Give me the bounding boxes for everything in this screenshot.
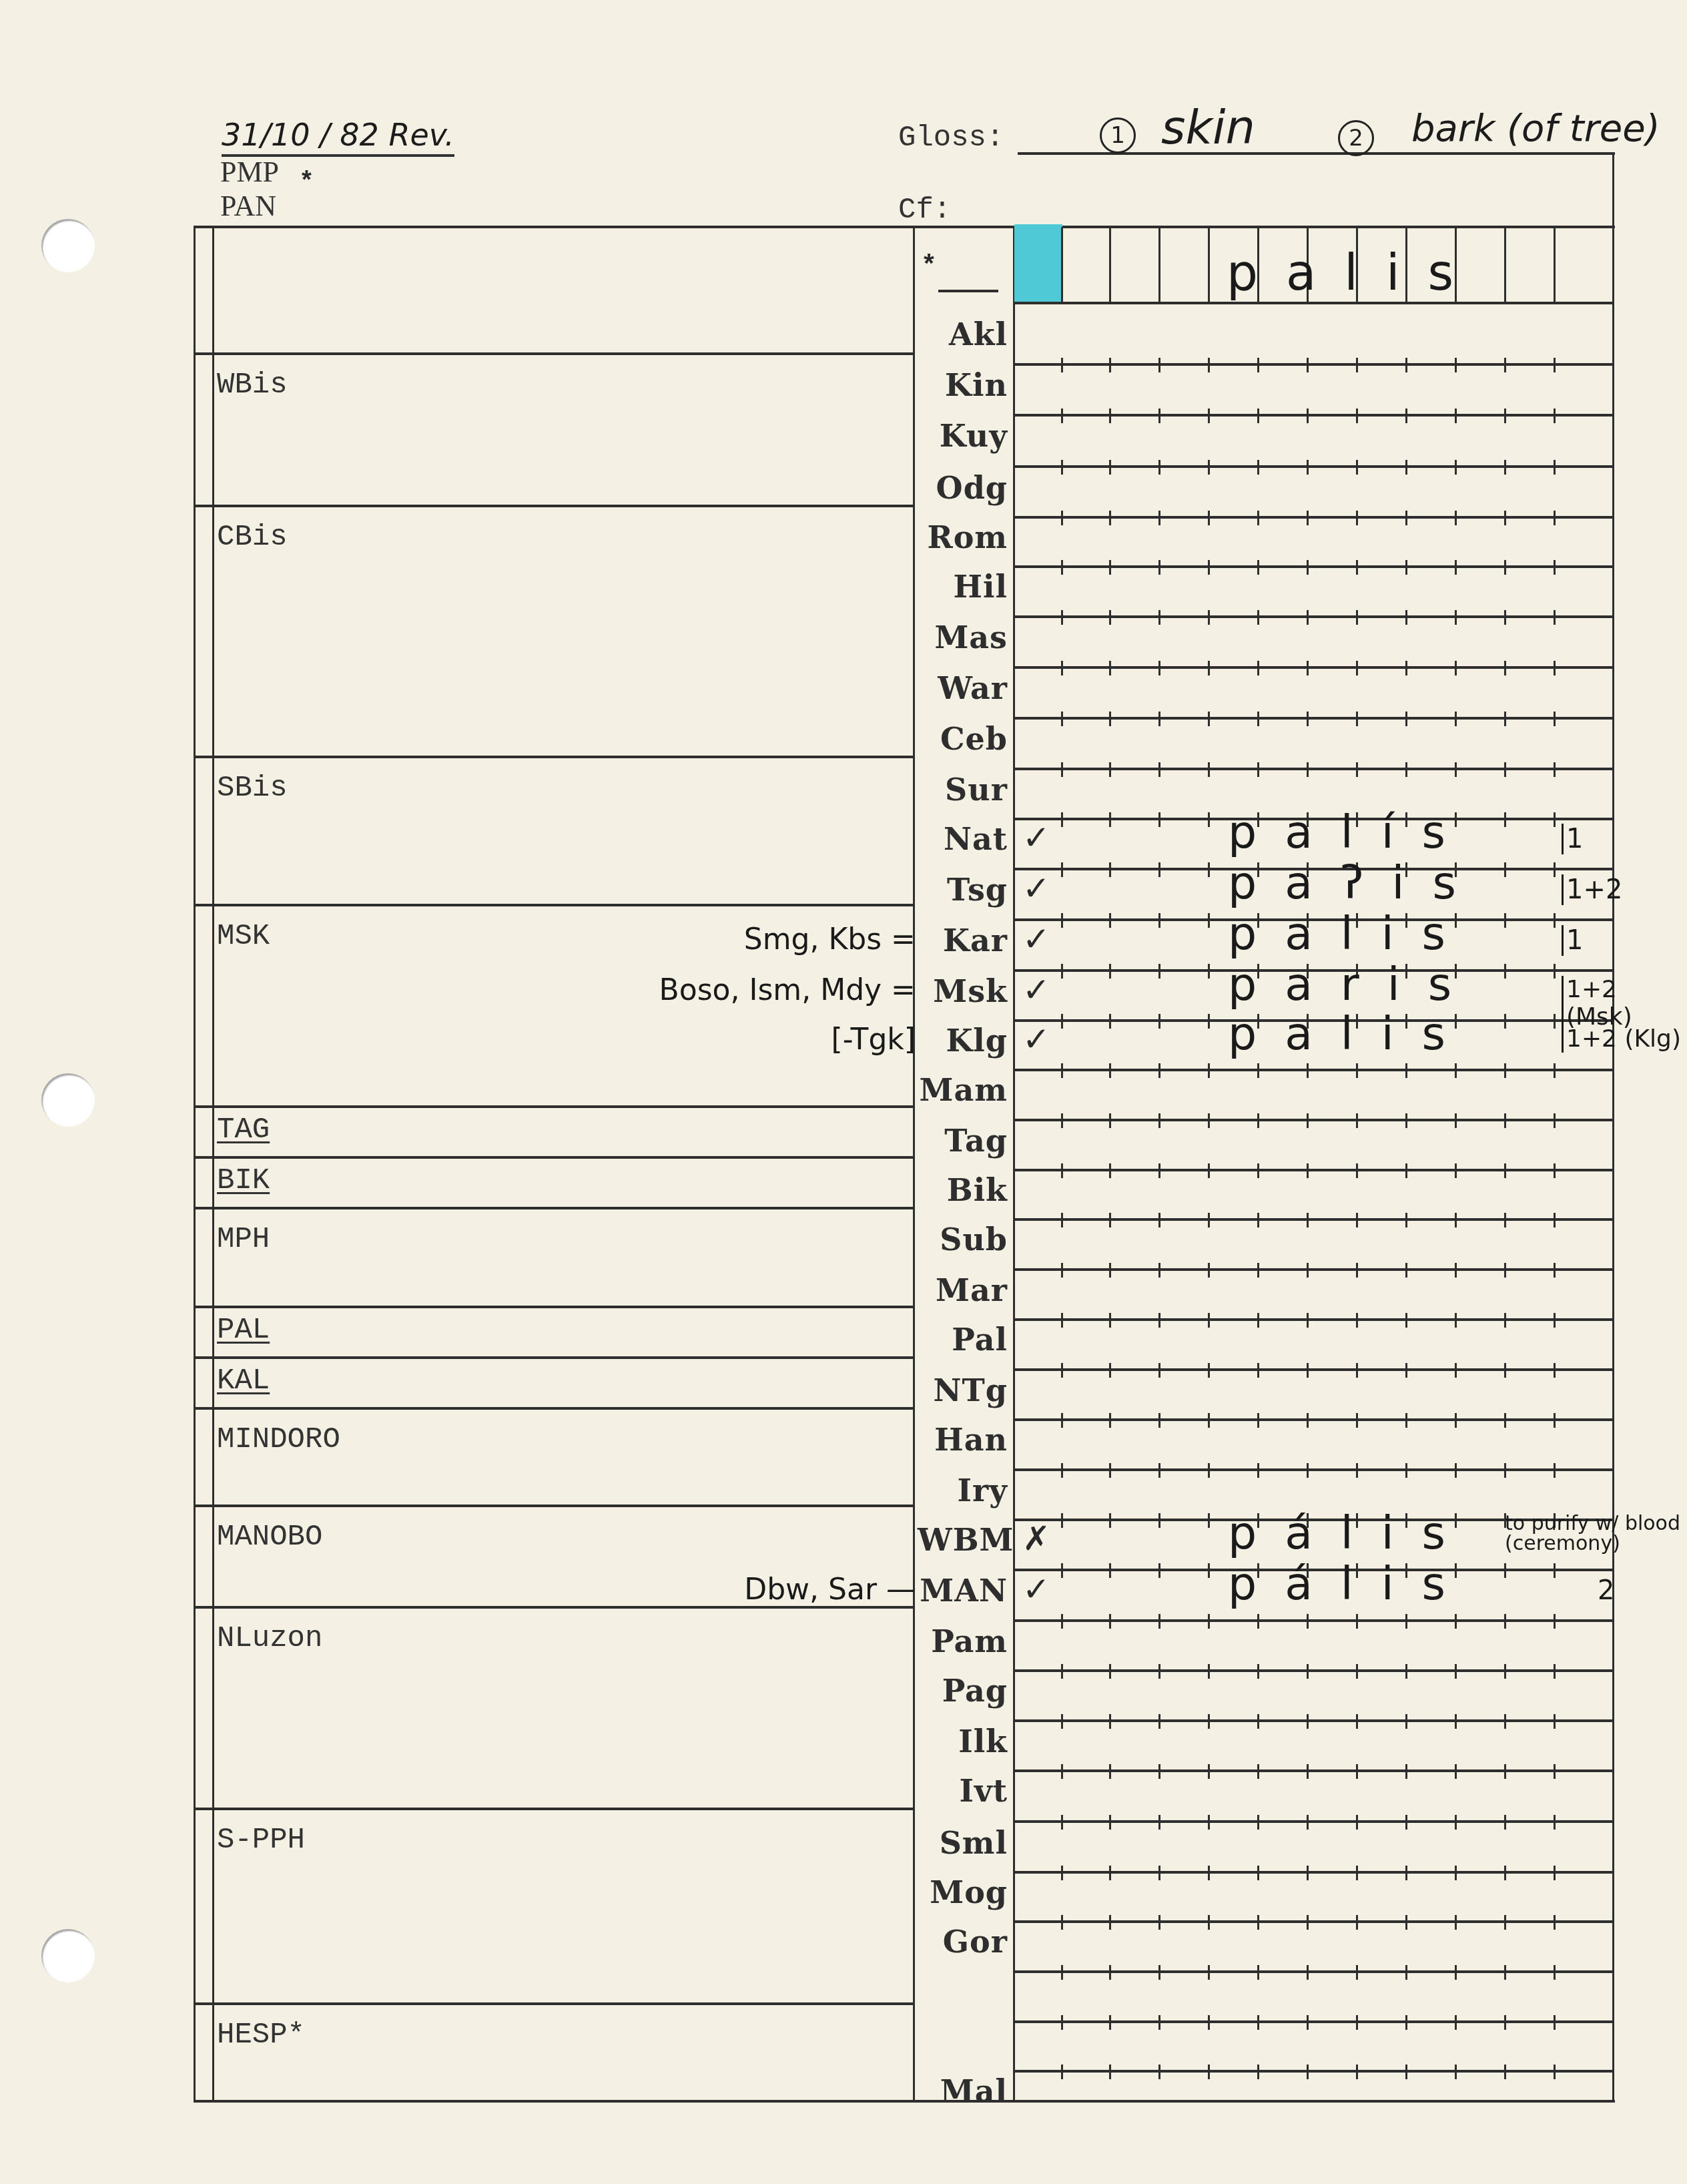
cross-reference-note: Dbw, Sar — [744, 1573, 916, 1607]
row-tick [1405, 2065, 1407, 2079]
row-tick [1307, 511, 1309, 525]
row-tick [1158, 964, 1160, 979]
row-line [1013, 1769, 1614, 1772]
check-mark-icon: ✓ [1022, 1570, 1050, 1609]
row-tick [1554, 358, 1556, 372]
row-tick [1061, 1563, 1063, 1578]
language-code: Iry [918, 1472, 1008, 1509]
row-tick [1109, 862, 1111, 877]
row-tick [1504, 1213, 1506, 1227]
row-tick [1208, 1163, 1210, 1178]
reconstruction-row-bottom [1013, 302, 1614, 304]
frame-bottom [194, 2100, 1615, 2103]
row-tick [1158, 2015, 1160, 2030]
language-code: Klg [918, 1023, 1008, 1059]
row-tick [1455, 1815, 1457, 1830]
row-tick [1061, 2015, 1063, 2030]
reconstruction-cell-divider [1554, 227, 1556, 302]
row-tick [1257, 1313, 1259, 1328]
row-tick [1504, 610, 1506, 625]
row-line [1013, 615, 1614, 618]
row-tick [1061, 1014, 1063, 1029]
row-tick [1504, 1113, 1506, 1128]
gloss-sense-2-number: 2 [1338, 120, 1374, 156]
row-tick [1455, 1965, 1457, 1980]
row-line [1013, 465, 1614, 468]
binder-hole-top [41, 219, 95, 272]
row-tick [1208, 1363, 1210, 1378]
row-tick [1158, 1664, 1160, 1679]
row-tick [1405, 2015, 1407, 2030]
reflex-form: palis [1228, 1008, 1473, 1061]
row-tick [1356, 2065, 1358, 2079]
row-tick [1455, 408, 1457, 423]
row-tick [1061, 1714, 1063, 1729]
row-tick [1061, 862, 1063, 877]
row-tick [1504, 1965, 1506, 1980]
row-line [1013, 1119, 1614, 1121]
group-label: WBis [217, 368, 288, 402]
language-code: Akl [918, 316, 1008, 352]
language-code: Mog [918, 1874, 1008, 1910]
row-tick [1554, 610, 1556, 625]
row-tick [1158, 1313, 1160, 1328]
row-tick [1109, 1313, 1111, 1328]
row-tick [1554, 1866, 1556, 1880]
row-line [1013, 768, 1614, 770]
row-tick [1554, 1563, 1556, 1578]
row-tick [1455, 1313, 1457, 1328]
row-tick [1109, 1213, 1111, 1227]
row-tick [1208, 661, 1210, 675]
row-tick [1158, 1915, 1160, 1930]
row-tick [1356, 1213, 1358, 1227]
sense-note: 1 [1562, 925, 1583, 956]
row-tick [1554, 812, 1556, 827]
row-tick [1356, 712, 1358, 726]
row-tick [1208, 1463, 1210, 1478]
row-tick [1158, 408, 1160, 423]
row-tick [1455, 1764, 1457, 1779]
row-tick [1405, 1363, 1407, 1378]
frame-right [1612, 152, 1614, 2101]
row-tick [1109, 1363, 1111, 1378]
language-code: Nat [918, 821, 1008, 857]
group-divider [194, 1407, 914, 1410]
reconstruction-cell-divider [1504, 227, 1506, 302]
row-tick [1307, 1965, 1309, 1980]
row-tick [1405, 1714, 1407, 1729]
gloss-sense-1-number: 1 [1100, 117, 1136, 154]
sense-note: 1+2 (Msk) [1562, 976, 1687, 1031]
row-tick [1307, 1163, 1309, 1178]
row-tick [1061, 913, 1063, 928]
row-tick [1158, 560, 1160, 575]
check-mark-icon: ✓ [1022, 818, 1050, 857]
row-tick [1504, 712, 1506, 726]
row-line [1013, 1169, 1614, 1171]
row-tick [1554, 964, 1556, 979]
row-tick [1356, 1614, 1358, 1629]
row-tick [1504, 1563, 1506, 1578]
row-tick [1158, 1463, 1160, 1478]
row-tick [1158, 661, 1160, 675]
reconstruction-cell-divider [1158, 227, 1160, 302]
row-line [1013, 1669, 1614, 1672]
row-tick [1356, 1664, 1358, 1679]
row-tick [1405, 1413, 1407, 1428]
row-tick [1554, 661, 1556, 675]
language-code: Tsg [918, 872, 1008, 908]
sense-note: 2 [1595, 1575, 1614, 1606]
row-tick [1061, 1113, 1063, 1128]
row-tick [1109, 1915, 1111, 1930]
row-line [1013, 717, 1614, 720]
row-tick [1504, 460, 1506, 475]
language-code: Odg [918, 470, 1008, 506]
row-tick [1307, 1313, 1309, 1328]
row-tick [1208, 1815, 1210, 1830]
row-tick [1405, 1063, 1407, 1078]
row-tick [1504, 2015, 1506, 2030]
row-tick [1504, 1313, 1506, 1328]
row-tick [1257, 358, 1259, 372]
row-tick [1109, 1063, 1111, 1078]
row-tick [1455, 762, 1457, 777]
row-line [1013, 1920, 1614, 1923]
group-divider [194, 756, 914, 758]
sense-note: to purify w/ blood (ceremony) [1505, 1514, 1685, 1554]
row-tick [1061, 1413, 1063, 1428]
row-tick [1257, 1664, 1259, 1679]
row-tick [1158, 1213, 1160, 1227]
language-code: MAN [918, 1573, 1008, 1609]
check-mark-icon: ✓ [1022, 971, 1050, 1009]
reconstruction-highlight [1014, 224, 1062, 303]
frame-left-outer [194, 227, 196, 2101]
row-tick [1554, 1965, 1556, 1980]
row-tick [1158, 913, 1160, 928]
row-tick [1554, 1113, 1556, 1128]
sense-note: 1+2 [1562, 874, 1622, 905]
language-code: War [918, 670, 1008, 706]
language-code: Kin [918, 367, 1008, 403]
sense-note: 1+2 (Klg) [1562, 1025, 1681, 1053]
row-tick [1554, 1313, 1556, 1328]
row-tick [1208, 358, 1210, 372]
language-code: Ivt [918, 1773, 1008, 1809]
row-tick [1356, 610, 1358, 625]
check-mark-icon: ✓ [1022, 1020, 1050, 1059]
row-tick [1307, 1866, 1309, 1880]
group-divider [194, 2002, 914, 2005]
group-divider [194, 505, 914, 507]
row-tick [1554, 460, 1556, 475]
row-tick [1405, 712, 1407, 726]
language-code: Ilk [918, 1723, 1008, 1759]
row-line [1013, 1619, 1614, 1622]
row-tick [1455, 358, 1457, 372]
row-tick [1504, 812, 1506, 827]
reconstruction-star: * [921, 252, 937, 282]
row-tick [1257, 661, 1259, 675]
row-line [1013, 1218, 1614, 1221]
row-tick [1455, 1664, 1457, 1679]
row-tick [1208, 862, 1210, 877]
row-tick [1504, 661, 1506, 675]
row-tick [1554, 1163, 1556, 1178]
row-tick [1554, 1764, 1556, 1779]
language-code: Tag [918, 1123, 1008, 1159]
row-tick [1257, 1063, 1259, 1078]
row-tick [1208, 1513, 1210, 1528]
group-divider [194, 1808, 914, 1810]
row-line [1013, 414, 1614, 417]
row-tick [1158, 1965, 1160, 1980]
row-tick [1208, 1915, 1210, 1930]
row-tick [1554, 1413, 1556, 1428]
row-tick [1356, 661, 1358, 675]
gloss-underline [1018, 152, 1615, 155]
group-divider [194, 1505, 914, 1507]
row-tick [1405, 661, 1407, 675]
row-tick [1061, 1063, 1063, 1078]
row-tick [1405, 762, 1407, 777]
row-tick [1061, 408, 1063, 423]
row-tick [1257, 408, 1259, 423]
row-tick [1455, 1063, 1457, 1078]
group-label: TAG [217, 1113, 270, 1147]
row-tick [1208, 1965, 1210, 1980]
group-label: BIK [217, 1164, 270, 1197]
row-tick [1307, 762, 1309, 777]
row-tick [1455, 661, 1457, 675]
row-tick [1307, 1263, 1309, 1278]
row-tick [1554, 560, 1556, 575]
row-line [1013, 363, 1614, 366]
row-tick [1158, 1413, 1160, 1428]
row-tick [1455, 1363, 1457, 1378]
language-code: Mar [918, 1272, 1008, 1308]
row-tick [1208, 408, 1210, 423]
row-tick [1158, 712, 1160, 726]
reflex-form: paris [1228, 959, 1479, 1011]
row-tick [1455, 2015, 1457, 2030]
row-tick [1061, 511, 1063, 525]
row-tick [1554, 1363, 1556, 1378]
row-line [1013, 1069, 1614, 1071]
row-tick [1158, 358, 1160, 372]
row-tick [1158, 1363, 1160, 1378]
row-tick [1061, 1513, 1063, 1528]
row-tick [1109, 964, 1111, 979]
row-tick [1405, 1764, 1407, 1779]
group-divider [194, 1306, 914, 1308]
row-tick [1061, 2065, 1063, 2079]
row-tick [1405, 1815, 1407, 1830]
row-tick [1257, 1714, 1259, 1729]
language-code: Mal [918, 2073, 1008, 2109]
row-tick [1061, 1363, 1063, 1378]
row-tick [1109, 460, 1111, 475]
row-tick [1158, 1513, 1160, 1528]
language-code: Sml [918, 1825, 1008, 1861]
row-tick [1307, 1463, 1309, 1478]
row-tick [1405, 1213, 1407, 1227]
row-tick [1109, 1563, 1111, 1578]
row-tick [1061, 1463, 1063, 1478]
row-tick [1356, 1313, 1358, 1328]
group-label: MPH [217, 1223, 270, 1256]
row-tick [1307, 460, 1309, 475]
row-tick [1158, 511, 1160, 525]
row-tick [1208, 812, 1210, 827]
proto-level-pan: PAN [220, 189, 276, 223]
row-tick [1405, 358, 1407, 372]
row-tick [1109, 2065, 1111, 2079]
row-tick [1405, 1163, 1407, 1178]
row-tick [1307, 1213, 1309, 1227]
row-tick [1109, 1764, 1111, 1779]
row-tick [1504, 913, 1506, 928]
language-code: Msk [918, 973, 1008, 1009]
row-tick [1208, 1714, 1210, 1729]
row-tick [1158, 1263, 1160, 1278]
group-divider [194, 352, 914, 355]
row-tick [1554, 1463, 1556, 1478]
row-tick [1554, 1063, 1556, 1078]
language-code: Pal [918, 1322, 1008, 1358]
row-tick [1307, 1915, 1309, 1930]
row-tick [1554, 1815, 1556, 1830]
row-tick [1158, 1113, 1160, 1128]
row-tick [1356, 1413, 1358, 1428]
row-tick [1356, 1263, 1358, 1278]
reflex-form: palis [1228, 908, 1473, 961]
row-tick [1356, 1063, 1358, 1078]
row-tick [1158, 2065, 1160, 2079]
row-tick [1208, 1263, 1210, 1278]
language-code: Ceb [918, 721, 1008, 757]
row-tick [1405, 1965, 1407, 1980]
row-tick [1257, 762, 1259, 777]
row-tick [1504, 1063, 1506, 1078]
row-tick [1109, 1866, 1111, 1880]
row-line [1013, 1368, 1614, 1371]
row-tick [1208, 460, 1210, 475]
row-tick [1554, 2065, 1556, 2079]
row-tick [1504, 1714, 1506, 1729]
row-tick [1257, 1213, 1259, 1227]
row-tick [1109, 762, 1111, 777]
row-tick [1257, 511, 1259, 525]
row-tick [1356, 1113, 1358, 1128]
row-tick [1504, 1014, 1506, 1029]
row-tick [1554, 511, 1556, 525]
group-label: KAL [217, 1364, 270, 1398]
row-tick [1356, 408, 1358, 423]
row-line [1013, 1418, 1614, 1421]
row-tick [1504, 1163, 1506, 1178]
row-tick [1208, 511, 1210, 525]
row-tick [1257, 2065, 1259, 2079]
language-code: NTg [918, 1372, 1008, 1408]
row-tick [1307, 1063, 1309, 1078]
row-tick [1061, 1213, 1063, 1227]
row-tick [1208, 2015, 1210, 2030]
row-tick [1405, 408, 1407, 423]
row-tick [1208, 1664, 1210, 1679]
row-tick [1208, 1313, 1210, 1328]
row-tick [1061, 1764, 1063, 1779]
row-tick [1061, 460, 1063, 475]
row-tick [1208, 1614, 1210, 1629]
row-tick [1554, 1664, 1556, 1679]
revision-date: 31/10 / 82 Rev. [222, 117, 454, 157]
row-tick [1061, 812, 1063, 827]
row-tick [1109, 661, 1111, 675]
row-tick [1109, 560, 1111, 575]
row-tick [1405, 560, 1407, 575]
binder-hole-middle [41, 1073, 95, 1127]
row-tick [1208, 2065, 1210, 2079]
reconstruction-blank [938, 290, 998, 292]
row-tick [1257, 460, 1259, 475]
row-tick [1257, 1815, 1259, 1830]
cross-reference-note: Smg, Kbs = [744, 922, 916, 957]
row-tick [1554, 1614, 1556, 1629]
row-tick [1307, 408, 1309, 423]
row-tick [1356, 1965, 1358, 1980]
row-line [1013, 2070, 1614, 2073]
row-tick [1158, 1014, 1160, 1029]
row-tick [1257, 1965, 1259, 1980]
row-tick [1061, 964, 1063, 979]
language-code: Sub [918, 1221, 1008, 1258]
group-divider [194, 1356, 914, 1359]
row-line [1013, 1820, 1614, 1823]
row-tick [1554, 712, 1556, 726]
row-tick [1158, 610, 1160, 625]
row-tick [1158, 1563, 1160, 1578]
row-tick [1109, 1965, 1111, 1980]
row-tick [1257, 1764, 1259, 1779]
row-tick [1061, 1815, 1063, 1830]
row-tick [1405, 1113, 1407, 1128]
row-tick [1307, 610, 1309, 625]
language-code: Kuy [918, 418, 1008, 454]
row-tick [1208, 913, 1210, 928]
row-tick [1307, 1815, 1309, 1830]
group-divider [194, 1207, 914, 1209]
row-line [1013, 2020, 1614, 2023]
row-tick [1405, 511, 1407, 525]
row-line [1013, 1468, 1614, 1471]
check-mark-icon: ✓ [1022, 920, 1050, 959]
row-tick [1504, 1815, 1506, 1830]
row-tick [1504, 1413, 1506, 1428]
row-tick [1061, 560, 1063, 575]
row-tick [1257, 1363, 1259, 1378]
row-tick [1504, 1463, 1506, 1478]
row-tick [1356, 1363, 1358, 1378]
language-code: Gor [918, 1924, 1008, 1960]
row-tick [1455, 1714, 1457, 1729]
row-tick [1455, 2065, 1457, 2079]
row-tick [1554, 1213, 1556, 1227]
row-tick [1208, 610, 1210, 625]
group-label: PAL [217, 1314, 270, 1347]
